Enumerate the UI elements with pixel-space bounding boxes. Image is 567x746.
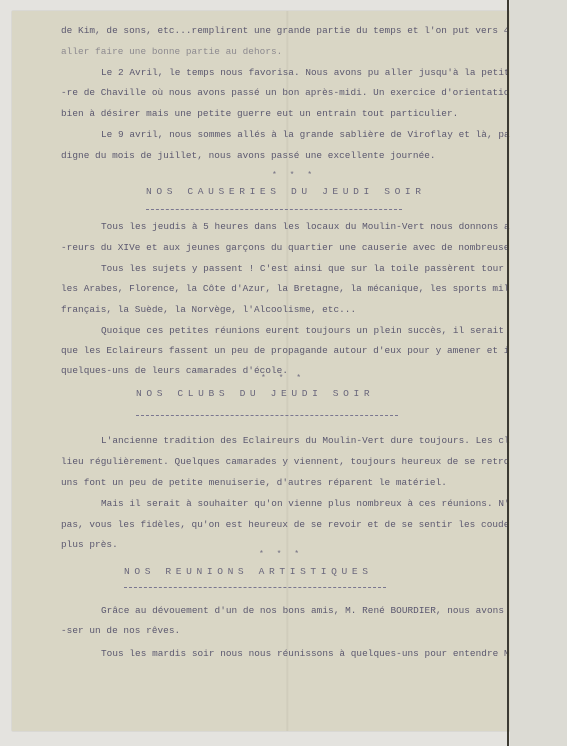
text-line: Tous les jeudis à 5 heures dans les loca… [101, 221, 561, 232]
text-line: pas, vous les fidèles, qu'on est heureux… [61, 519, 566, 530]
section-title: NOS CLUBS DU JEUDI SOIR [136, 388, 374, 399]
text-line: digne du mois de juillet, nous avons pas… [61, 150, 436, 161]
text-line: Mais il serait à souhaiter qu'on vienne … [101, 498, 544, 509]
text-line: français, la Suède, la Norvège, l'Alcool… [61, 304, 356, 315]
text-line: Tous les mardis soir nous nous réunisson… [101, 648, 555, 659]
section-separator: * * * [272, 171, 316, 180]
text-line: Le 2 Avril, le temps nous favorisa. Nous… [101, 67, 555, 78]
text-line: quelques-uns de leurs camarades d'école. [61, 365, 288, 376]
text-line: aller faire une bonne partie au dehors. [61, 46, 282, 57]
section-title: NOS REUNIONS ARTISTIQUES [124, 566, 373, 577]
page-edge-shadow [507, 0, 509, 746]
text-line: bien à désirer mais une petite guerre eu… [61, 108, 458, 119]
text-line: -ser un de nos rêves. [61, 625, 180, 636]
section-title: NOS CAUSERIES DU JEUDI SOIR [146, 186, 426, 197]
text-line: Tous les sujets y passent ! C'est ainsi … [101, 263, 544, 274]
text-line: Quoique ces petites réunions eurent touj… [101, 325, 549, 336]
title-underline [136, 415, 398, 416]
text-line: lieu régulièrement. Quelques camarades y… [61, 456, 560, 467]
title-underline [146, 209, 402, 210]
text-line: L'ancienne tradition des Eclaireurs du M… [101, 435, 549, 446]
typewritten-page: de Kim, de sons, etc...remplirent une gr… [12, 11, 514, 731]
text-line: plus près. [61, 539, 118, 550]
section-separator: * * * [261, 374, 305, 383]
text-line: -re de Chaville où nous avons passé un b… [61, 87, 555, 98]
text-line: Grâce au dévouement d'un de nos bons ami… [101, 605, 561, 616]
section-separator: * * * [259, 550, 303, 559]
title-underline [124, 587, 386, 588]
text-line: que les Eclaireurs fassent un peu de pro… [61, 345, 560, 356]
text-line: -reurs du XIVe et aux jeunes garçons du … [61, 242, 566, 253]
text-line: les Arabes, Florence, la Côte d'Azur, la… [61, 283, 549, 294]
text-line: de Kim, de sons, etc...remplirent une gr… [61, 25, 549, 36]
text-line: Le 9 avril, nous sommes allés à la grand… [101, 129, 561, 140]
text-line: uns font un peu de petite menuiserie, d'… [61, 477, 447, 488]
adjacent-page-margin [510, 0, 567, 746]
